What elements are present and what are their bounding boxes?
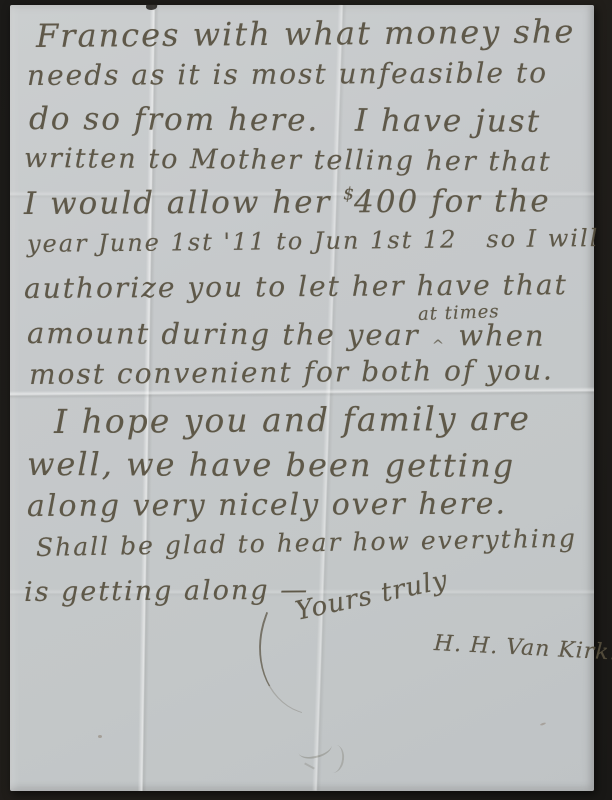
- letter-line: is getting along —: [24, 575, 309, 608]
- closing-phrase: Yours truly: [293, 565, 451, 627]
- scanner-bed-background: Frances with what money she needs as it …: [0, 0, 612, 800]
- letter-line: well, we have been getting: [27, 445, 515, 485]
- line-text: I would allow her: [24, 184, 343, 222]
- letter-page: Frances with what money she needs as it …: [10, 5, 594, 791]
- letter-line: I would allow her $400 for the: [24, 183, 551, 222]
- inserted-text-above-line: at times: [418, 301, 500, 325]
- letter-line: needs as it is most unfeasible to: [27, 56, 548, 92]
- dollar-sign-superscript: $: [343, 184, 354, 204]
- insertion-caret: ^: [432, 338, 446, 354]
- letter-line: Shall be glad to hear how everything: [36, 524, 577, 562]
- bleed-through-mark: [326, 744, 346, 774]
- paper-speck: [540, 722, 546, 726]
- letter-line: year June 1st '11 to Jun 1st 12 so I wil…: [27, 224, 600, 258]
- line-text: 400 for the: [354, 183, 551, 220]
- signature: H. H. Van Kirk.: [433, 631, 612, 666]
- paper-speck: [98, 735, 102, 738]
- letter-line: I hope you and family are: [54, 399, 531, 441]
- letter-line: do so from here. I have just: [29, 101, 541, 140]
- letter-line: along very nicely over here.: [27, 486, 507, 524]
- letter-line: authorize you to let her have that: [24, 268, 568, 305]
- letter-line: most convenient for both of you.: [29, 353, 554, 391]
- line-text: amount during the year: [27, 316, 431, 352]
- letter-line: written to Mother telling her that: [24, 143, 552, 178]
- letter-line: Frances with what money she: [36, 12, 576, 55]
